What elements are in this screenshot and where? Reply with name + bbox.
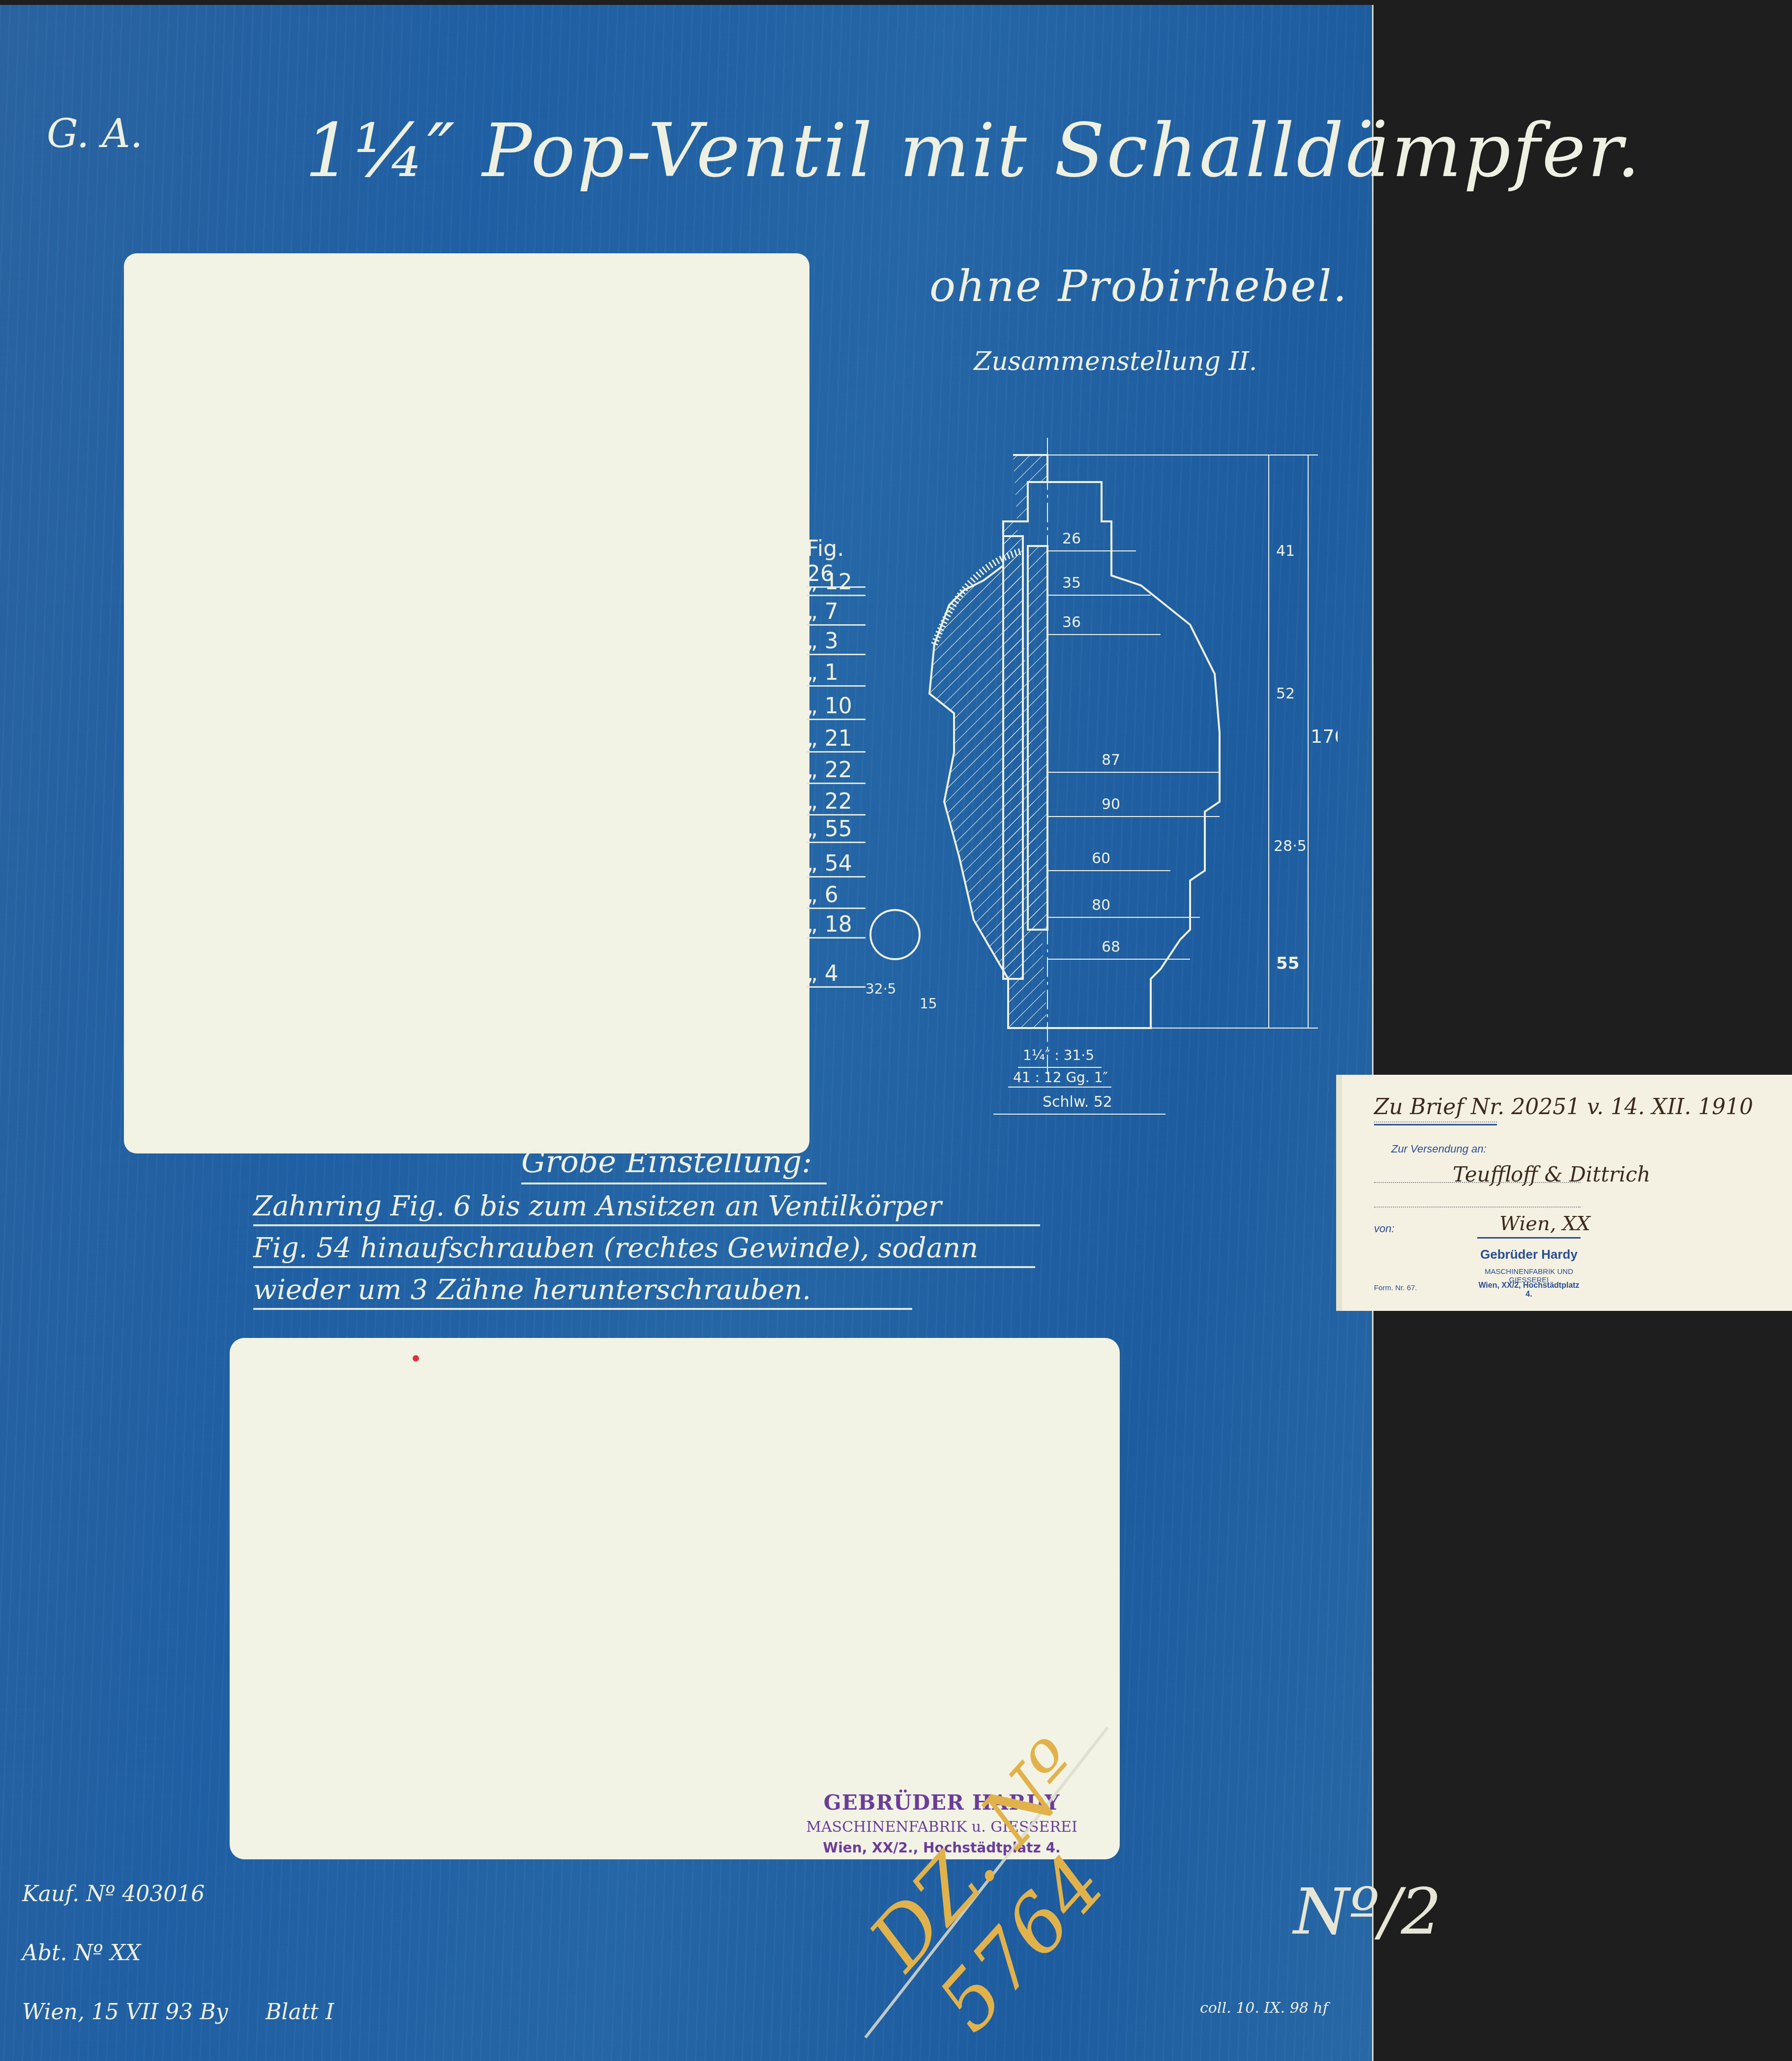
- part-label: „ 7: [806, 599, 866, 626]
- svg-text:68: 68: [1102, 939, 1120, 956]
- part-label: „ 12: [806, 570, 866, 596]
- part-label: „ 3: [806, 629, 866, 655]
- adjustment-line-3: wieder um 3 Zähne herunterschrauben.: [253, 1274, 912, 1310]
- svg-text:15: 15: [920, 996, 937, 1012]
- part-label: „ 22: [806, 758, 866, 784]
- svg-text:Schlw. 52: Schlw. 52: [1043, 1093, 1112, 1111]
- adjustment-line-1: Zahnring Fig. 6 bis zum Ansitzen an Vent…: [253, 1190, 1040, 1226]
- svg-text:87: 87: [1102, 752, 1120, 769]
- card-address: Wien, XX/2, Hochstädtplatz 4.: [1477, 1281, 1581, 1299]
- abt-number: Abt. Nº XX: [22, 1940, 141, 1966]
- svg-text:41 : 12 Gg. 1″: 41 : 12 Gg. 1″: [1013, 1069, 1108, 1086]
- letter-reference: Zu Brief Nr. 20251 v. 14. XII. 1910: [1374, 1094, 1753, 1120]
- svg-text:80: 80: [1092, 897, 1110, 914]
- svg-text:52: 52: [1276, 685, 1295, 702]
- part-label: „ 22: [806, 789, 866, 816]
- shipping-card: Zu Brief Nr. 20251 v. 14. XII. 1910 Zur …: [1336, 1075, 1792, 1311]
- blueprint-sheet: G. A. 1¼″ Pop-Ventil mit Schalldämpfer. …: [0, 5, 1374, 2061]
- form-number: Form. Nr. 67.: [1374, 1284, 1417, 1292]
- svg-text:26: 26: [1062, 530, 1081, 547]
- sheet-number: Blatt I: [266, 2000, 334, 2025]
- svg-text:28·5: 28·5: [1274, 838, 1307, 855]
- card-company: Gebrüder Hardy: [1477, 1247, 1581, 1262]
- subtitle: ohne Probirhebel.: [929, 261, 1348, 311]
- valve-section-drawing: 26 35 36 87 90 60 80 68 41 52 28·5 55 17…: [797, 438, 1338, 1136]
- assembly-label: Zusammenstellung II.: [974, 347, 1257, 376]
- to-label: Zur Versendung an:: [1391, 1143, 1487, 1155]
- svg-text:35: 35: [1062, 575, 1081, 592]
- drawing-date: Wien, 15 VII 93 By: [22, 2000, 228, 2025]
- svg-text:176·5: 176·5: [1311, 726, 1338, 747]
- adjustment-heading: Grobe Einstellung:: [521, 1144, 827, 1184]
- svg-text:1¼″ : 31·5: 1¼″ : 31·5: [1023, 1047, 1094, 1063]
- part-label: „ 54: [806, 851, 866, 878]
- part-label: „ 10: [806, 694, 866, 720]
- part-label: „ 18: [806, 912, 866, 939]
- part-label: „ 4: [806, 961, 866, 988]
- svg-text:60: 60: [1092, 850, 1110, 867]
- drawing-fraction: Nº/2: [1293, 1874, 1441, 1949]
- svg-text:41: 41: [1276, 543, 1295, 560]
- adjustment-line-2: Fig. 54 hinaufschrauben (rechtes Gewinde…: [253, 1232, 1035, 1268]
- part-label: „ 21: [806, 726, 866, 753]
- part-label: „ 1: [806, 660, 866, 687]
- svg-text:90: 90: [1102, 796, 1120, 813]
- svg-text:55: 55: [1276, 954, 1299, 973]
- kauf-number: Kauf. Nº 403016: [22, 1881, 205, 1907]
- part-label: „ 6: [806, 882, 866, 909]
- from-value: Wien, XX: [1499, 1212, 1590, 1235]
- svg-text:36: 36: [1062, 614, 1081, 631]
- collation-note: coll. 10. IX. 98 hf: [1200, 2000, 1328, 2017]
- from-label: von:: [1374, 1222, 1395, 1235]
- corner-mark: G. A.: [47, 111, 143, 156]
- pasted-paper-top: [124, 253, 809, 1153]
- red-mark: [413, 1355, 419, 1362]
- part-label: „ 55: [806, 817, 866, 843]
- page-title: 1¼″ Pop-Ventil mit Schalldämpfer.: [305, 108, 1642, 194]
- svg-text:32·5: 32·5: [866, 981, 896, 997]
